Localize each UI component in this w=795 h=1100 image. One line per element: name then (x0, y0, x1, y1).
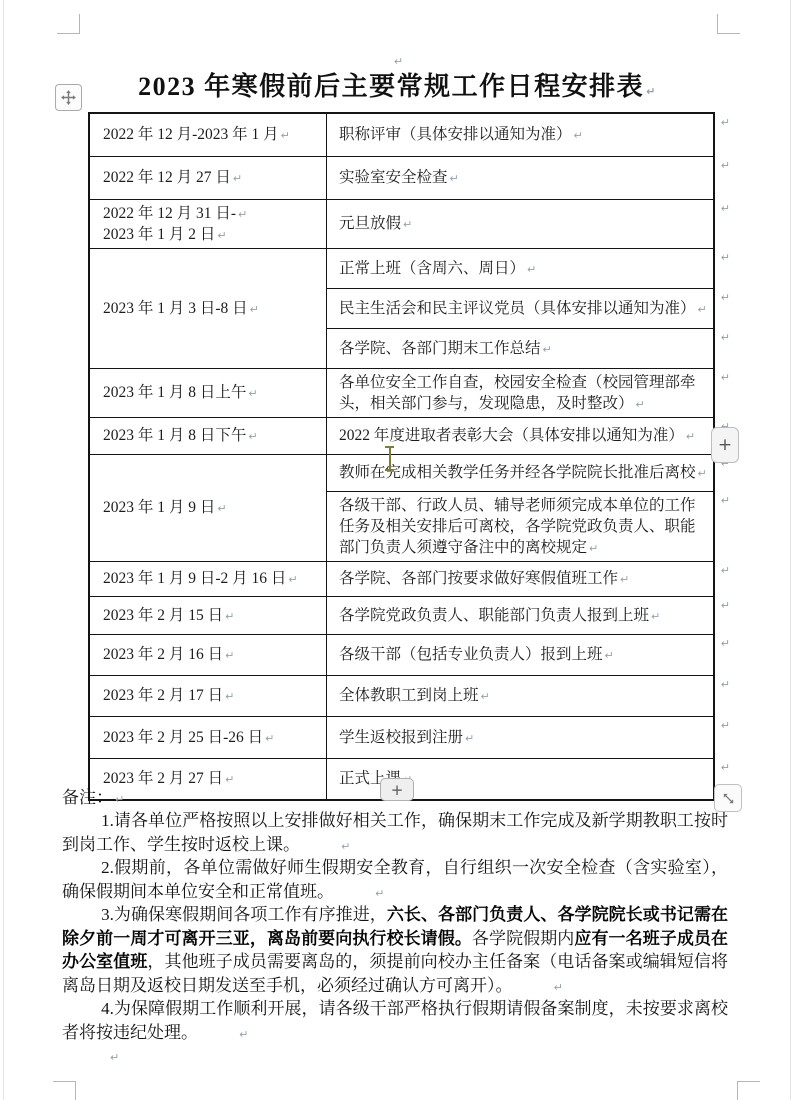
text-insertion-cursor (385, 446, 394, 471)
paragraph-mark: ↵ (721, 160, 730, 171)
paragraph-mark: ↵ (651, 611, 660, 622)
paragraph-mark: ↵ (302, 841, 350, 852)
task-cell[interactable]: 各学院党政负责人、职能部门负责人报到上班↵↵ (327, 596, 715, 634)
note-paragraph[interactable]: 4.为保障假期工作顺利开展，请各级干部严格执行假期请假备案制度，未按要求离校者将… (62, 997, 728, 1044)
date-cell[interactable]: 2023 年 1 月 9 日↵ (89, 454, 327, 561)
date-cell[interactable]: 2023 年 1 月 8 日上午↵ (89, 368, 327, 417)
task-cell[interactable]: 各单位安全工作自查，校园安全检查（校园管理部牵头，相关部门参与，发现隐患，及时整… (327, 368, 715, 417)
task-cell[interactable]: 职称评审（具体安排以通知为准）↵↵ (327, 113, 715, 156)
paragraph-mark: ↵ (721, 679, 730, 690)
table-row: 2023 年 2 月 25 日-26 日↵学生返校报到注册↵↵ (89, 716, 714, 758)
note-text: 1.请各单位严格按照以上安排做好相关工作，确保期末工作完成及新学期教职工按时到岗… (62, 811, 728, 854)
paragraph-mark: ↵ (110, 1052, 119, 1063)
note-paragraph[interactable]: 3.为确保寒假期间各项工作有序推进，六长、各部门负责人、各学院院长或书记需在除夕… (62, 903, 728, 997)
date-cell[interactable]: 2023 年 2 月 17 日↵ (89, 675, 327, 716)
task-cell[interactable]: 全体教职工到岗上班↵↵ (327, 675, 715, 716)
paragraph-mark: ↵ (225, 650, 234, 661)
paragraph-mark: ↵ (721, 332, 730, 343)
table-resize-handle[interactable] (714, 784, 742, 812)
paragraph-mark: ↵ (233, 173, 242, 184)
move-arrows-icon (60, 89, 77, 106)
schedule-table: 2022 年 12 月-2023 年 1 月↵职称评审（具体安排以通知为准）↵↵… (88, 112, 715, 801)
table-row: 2023 年 1 月 3 日-8 日↵正常上班（含周六、周日）↵↵ (89, 248, 714, 288)
notes-list: 1.请各单位严格按照以上安排做好相关工作，确保期末工作完成及新学期教职工按时到岗… (62, 809, 728, 1044)
note-text: ，其他班子成员需要离岛的，须提前向校办主任备案（电话备案或编辑短信将离岛日期及返… (62, 952, 728, 995)
paragraph-mark: ↵ (250, 304, 259, 315)
paragraph-mark: ↵ (698, 468, 707, 479)
table-row: 2023 年 2 月 17 日↵全体教职工到岗上班↵↵ (89, 675, 714, 716)
note-paragraph[interactable]: 1.请各单位严格按照以上安排做好相关工作，确保期末工作完成及新学期教职工按时到岗… (62, 809, 728, 856)
paragraph-mark: ↵ (336, 888, 384, 899)
date-cell[interactable]: 2023 年 1 月 8 日下午↵ (89, 417, 327, 454)
note-text: 2.假期前，各单位需做好师生假期安全教育，自行组织一次安全检查（含实验室），确保… (62, 858, 728, 901)
paragraph-mark: ↵ (698, 304, 707, 315)
document-title-text: 2023 年寒假前后主要常规工作日程安排表 (138, 72, 644, 101)
table-row: 2023 年 1 月 8 日下午↵2022 年度进取者表彰大会（具体安排以通知为… (89, 417, 714, 454)
task-cell[interactable]: 各级干部、行政人员、辅导老师须完成本单位的工作任务及相关安排后可离校，各学院党政… (327, 491, 715, 561)
date-cell[interactable]: 2023 年 2 月 25 日-26 日↵ (89, 716, 327, 758)
paragraph-mark: ↵ (403, 219, 412, 230)
note-text: 各学院假期内 (472, 929, 574, 948)
table-move-handle[interactable] (55, 84, 82, 111)
paragraph-mark: ↵ (527, 264, 536, 275)
resize-diagonal-icon (721, 791, 736, 806)
paragraph-mark: ↵ (450, 173, 459, 184)
paragraph-mark: ↵ (589, 543, 598, 554)
page-edge-line (790, 0, 791, 1100)
table-row: 2023 年 1 月 8 日上午↵各单位安全工作自查，校园安全检查（校园管理部牵… (89, 368, 714, 417)
task-cell[interactable]: 各学院、各部门按要求做好寒假值班工作↵↵ (327, 561, 715, 596)
date-cell[interactable]: 2023 年 2 月 16 日↵ (89, 634, 327, 675)
paragraph-mark: ↵ (115, 794, 124, 805)
notes-label-text: 备注： (62, 788, 113, 807)
table-row: 2022 年 12 月 27 日↵实验室安全检查↵↵ (89, 156, 714, 199)
table-row: 2022 年 12 月-2023 年 1 月↵职称评审（具体安排以通知为准）↵↵ (89, 113, 714, 156)
paragraph-mark: ↵ (217, 503, 226, 514)
paragraph-mark: ↵ (721, 565, 730, 576)
paragraph-mark: ↵ (217, 230, 226, 241)
cursor-bar (389, 448, 391, 469)
task-cell[interactable]: 各级干部（包括专业负责人）报到上班↵↵ (327, 634, 715, 675)
paragraph-mark: ↵ (620, 574, 629, 585)
note-text: 3.为确保寒假期间各项工作有序推进， (101, 905, 387, 924)
paragraph-mark: ↵ (515, 982, 563, 993)
paragraph-mark: ↵ (225, 691, 234, 702)
paragraph-mark: ↵ (721, 495, 730, 506)
task-cell[interactable]: 民主生活会和民主评议党员（具体安排以通知为准）↵↵ (327, 288, 715, 328)
paragraph-mark: ↵ (721, 117, 730, 128)
table-row: 2022 年 12 月 31 日-↵2023 年 1 月 2 日↵元旦放假↵↵ (89, 199, 714, 248)
paragraph-mark: ↵ (238, 209, 247, 220)
paragraph-mark: ↵ (721, 720, 730, 731)
paragraph-mark: ↵ (248, 388, 257, 399)
page-corner-mark (717, 14, 740, 34)
add-row-button[interactable]: + (380, 778, 414, 801)
empty-paragraph: ↵ (0, 52, 795, 66)
table-row: 2023 年 1 月 9 日↵教师在完成相关教学任务并经各学院院长批准后离校↵↵ (89, 454, 714, 491)
page-corner-mark (57, 14, 80, 34)
note-paragraph[interactable]: 2.假期前，各单位需做好师生假期安全教育，自行组织一次安全检查（含实验室），确保… (62, 856, 728, 903)
date-cell[interactable]: 2022 年 12 月-2023 年 1 月↵ (89, 113, 327, 156)
table-row: 2023 年 2 月 15 日↵各学院党政负责人、职能部门负责人报到上班↵↵ (89, 596, 714, 634)
paragraph-mark: ↵ (225, 611, 234, 622)
date-cell[interactable]: 2022 年 12 月 27 日↵ (89, 156, 327, 199)
task-cell[interactable]: 元旦放假↵↵ (327, 199, 715, 248)
paragraph-mark: ↵ (574, 130, 583, 141)
notes-section: 备注：↵ 1.请各单位严格按照以上安排做好相关工作，确保期末工作完成及新学期教职… (62, 786, 728, 1044)
paragraph-mark: ↵ (721, 292, 730, 303)
paragraph-mark: ↵ (721, 372, 730, 383)
task-cell[interactable]: 学生返校报到注册↵↵ (327, 716, 715, 758)
date-cell[interactable]: 2023 年 2 月 15 日↵ (89, 596, 327, 634)
document-title[interactable]: 2023 年寒假前后主要常规工作日程安排表↵ (0, 66, 795, 103)
paragraph-mark: ↵ (605, 650, 614, 661)
date-cell[interactable]: 2022 年 12 月 31 日-↵2023 年 1 月 2 日↵ (89, 199, 327, 248)
table-row: 2023 年 1 月 9 日-2 月 16 日↵各学院、各部门按要求做好寒假值班… (89, 561, 714, 596)
paragraph-mark: ↵ (481, 691, 490, 702)
paragraph-mark: ↵ (721, 203, 730, 214)
task-cell[interactable]: 实验室安全检查↵↵ (327, 156, 715, 199)
schedule-table-body: 2022 年 12 月-2023 年 1 月↵职称评审（具体安排以通知为准）↵↵… (89, 113, 714, 800)
paragraph-mark: ↵ (721, 638, 730, 649)
table-row: 2023 年 2 月 16 日↵各级干部（包括专业负责人）报到上班↵↵ (89, 634, 714, 675)
add-column-button[interactable]: + (711, 427, 739, 463)
paragraph-mark: ↵ (721, 762, 730, 773)
paragraph-mark: ↵ (636, 399, 645, 410)
paragraph-mark: ↵ (543, 344, 552, 355)
cursor-cap (385, 469, 394, 471)
page-corner-mark (737, 1081, 760, 1100)
page-edge-line (3, 0, 4, 1100)
note-text: 4.为保障假期工作顺利开展，请各级干部严格执行假期请假备案制度，未按要求离校者将… (62, 999, 728, 1042)
paragraph-mark: ↵ (288, 574, 297, 585)
paragraph-mark: ↵ (721, 252, 730, 263)
paragraph-mark: ↵ (465, 733, 474, 744)
paragraph-mark: ↵ (248, 431, 257, 442)
paragraph-mark: ↵ (281, 130, 290, 141)
paragraph-mark: ↵ (225, 774, 234, 785)
task-cell[interactable]: 各学院、各部门期末工作总结↵↵ (327, 328, 715, 368)
paragraph-mark: ↵ (200, 1029, 248, 1040)
task-cell[interactable]: 正常上班（含周六、周日）↵↵ (327, 248, 715, 288)
paragraph-mark: ↵ (686, 431, 695, 442)
paragraph-mark: ↵ (721, 600, 730, 611)
page-corner-mark (53, 1081, 76, 1100)
date-cell[interactable]: 2023 年 1 月 3 日-8 日↵ (89, 248, 327, 368)
paragraph-mark: ↵ (646, 86, 657, 97)
paragraph-mark: ↵ (265, 733, 274, 744)
date-cell[interactable]: 2023 年 1 月 9 日-2 月 16 日↵ (89, 561, 327, 596)
